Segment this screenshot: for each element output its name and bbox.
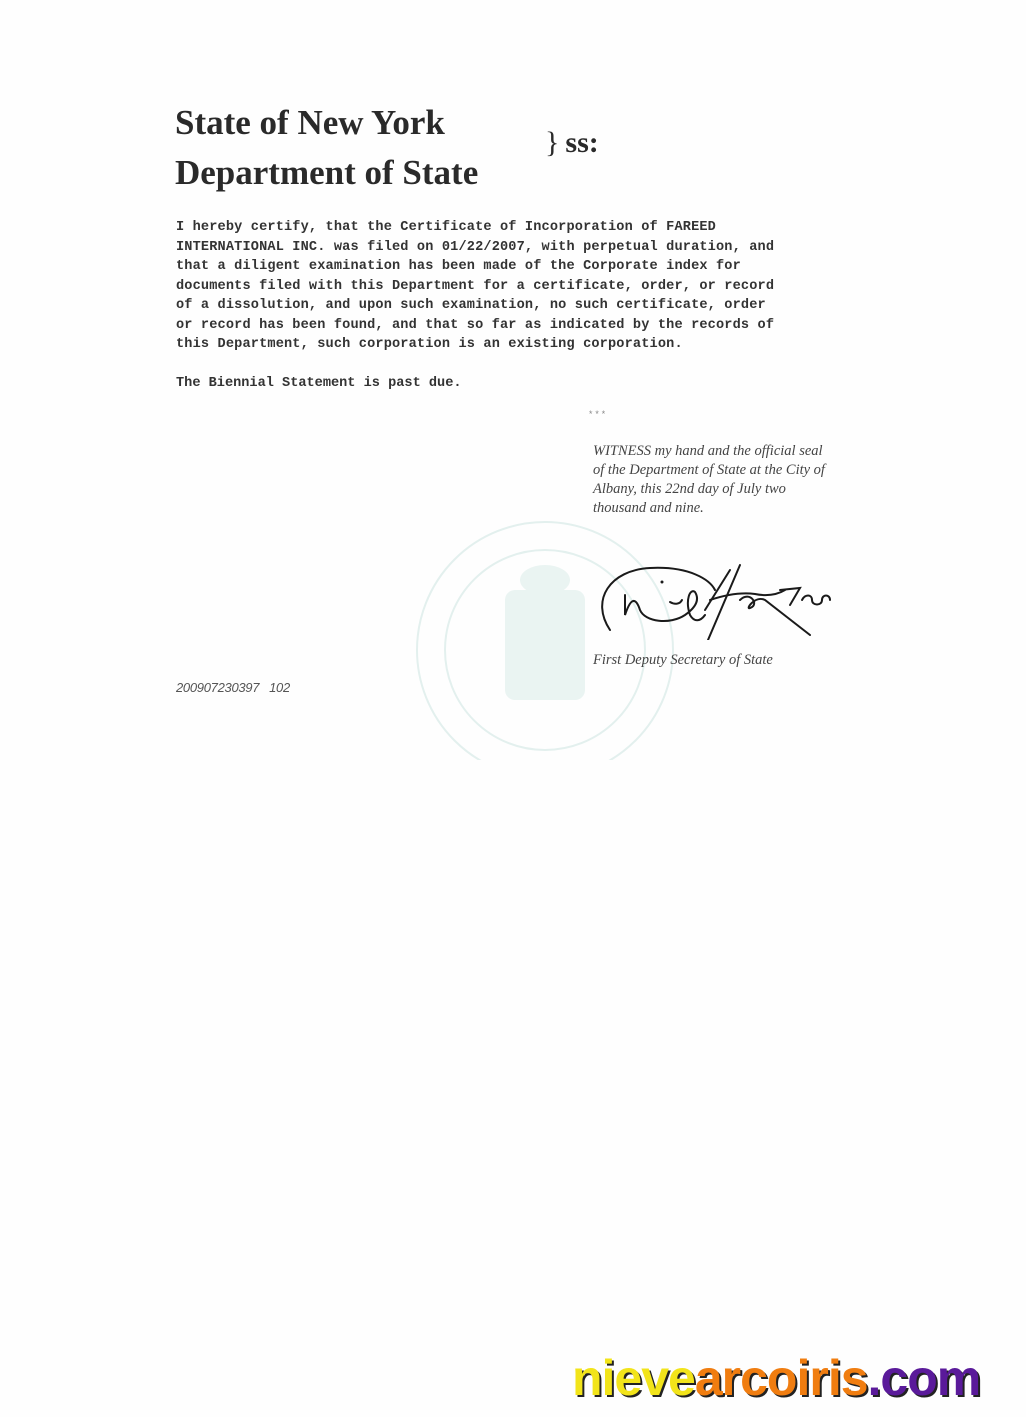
signature-icon (590, 560, 860, 640)
document-number: 200907230397 102 (176, 680, 290, 695)
cert-line: documents filed with this Department for… (176, 277, 976, 297)
heading-state: State of New York (175, 98, 478, 148)
ss-marker: }ss: (545, 126, 599, 160)
certification-paragraph: I hereby certify, that the Certificate o… (176, 218, 976, 355)
witness-line: Albany, this 22nd day of July two (593, 480, 893, 499)
cert-line: INTERNATIONAL INC. was filed on 01/22/20… (176, 238, 976, 258)
watermark-part-com: .com (868, 1350, 981, 1406)
ss-label: ss: (565, 126, 598, 159)
document-heading: State of New York Department of State (175, 98, 478, 198)
certificate-page: State of New York Department of State }s… (0, 0, 1026, 1417)
watermark-part-arcoiris: arcoiris (695, 1350, 868, 1406)
witness-line: of the Department of State at the City o… (593, 461, 893, 480)
watermark-logo: nievearcoiris.com (572, 1350, 980, 1406)
witness-clause: WITNESS my hand and the official seal of… (593, 442, 893, 518)
heading-department: Department of State (175, 148, 478, 198)
cert-line: that a diligent examination has been mad… (176, 257, 976, 277)
cert-line: of a dissolution, and upon such examinat… (176, 296, 976, 316)
state-seal-icon (400, 520, 700, 760)
witness-line: WITNESS my hand and the official seal (593, 442, 893, 461)
biennial-statement-note: The Biennial Statement is past due. (176, 376, 462, 391)
watermark-part-nieve: nieve (572, 1350, 695, 1406)
cert-line: this Department, such corporation is an … (176, 335, 976, 355)
separator-stars: *** (588, 410, 607, 420)
cert-line: or record has been found, and that so fa… (176, 316, 976, 336)
signatory-title: First Deputy Secretary of State (593, 652, 773, 669)
brace-glyph: } (545, 126, 559, 159)
cert-line: I hereby certify, that the Certificate o… (176, 218, 976, 238)
witness-line: thousand and nine. (593, 499, 893, 518)
